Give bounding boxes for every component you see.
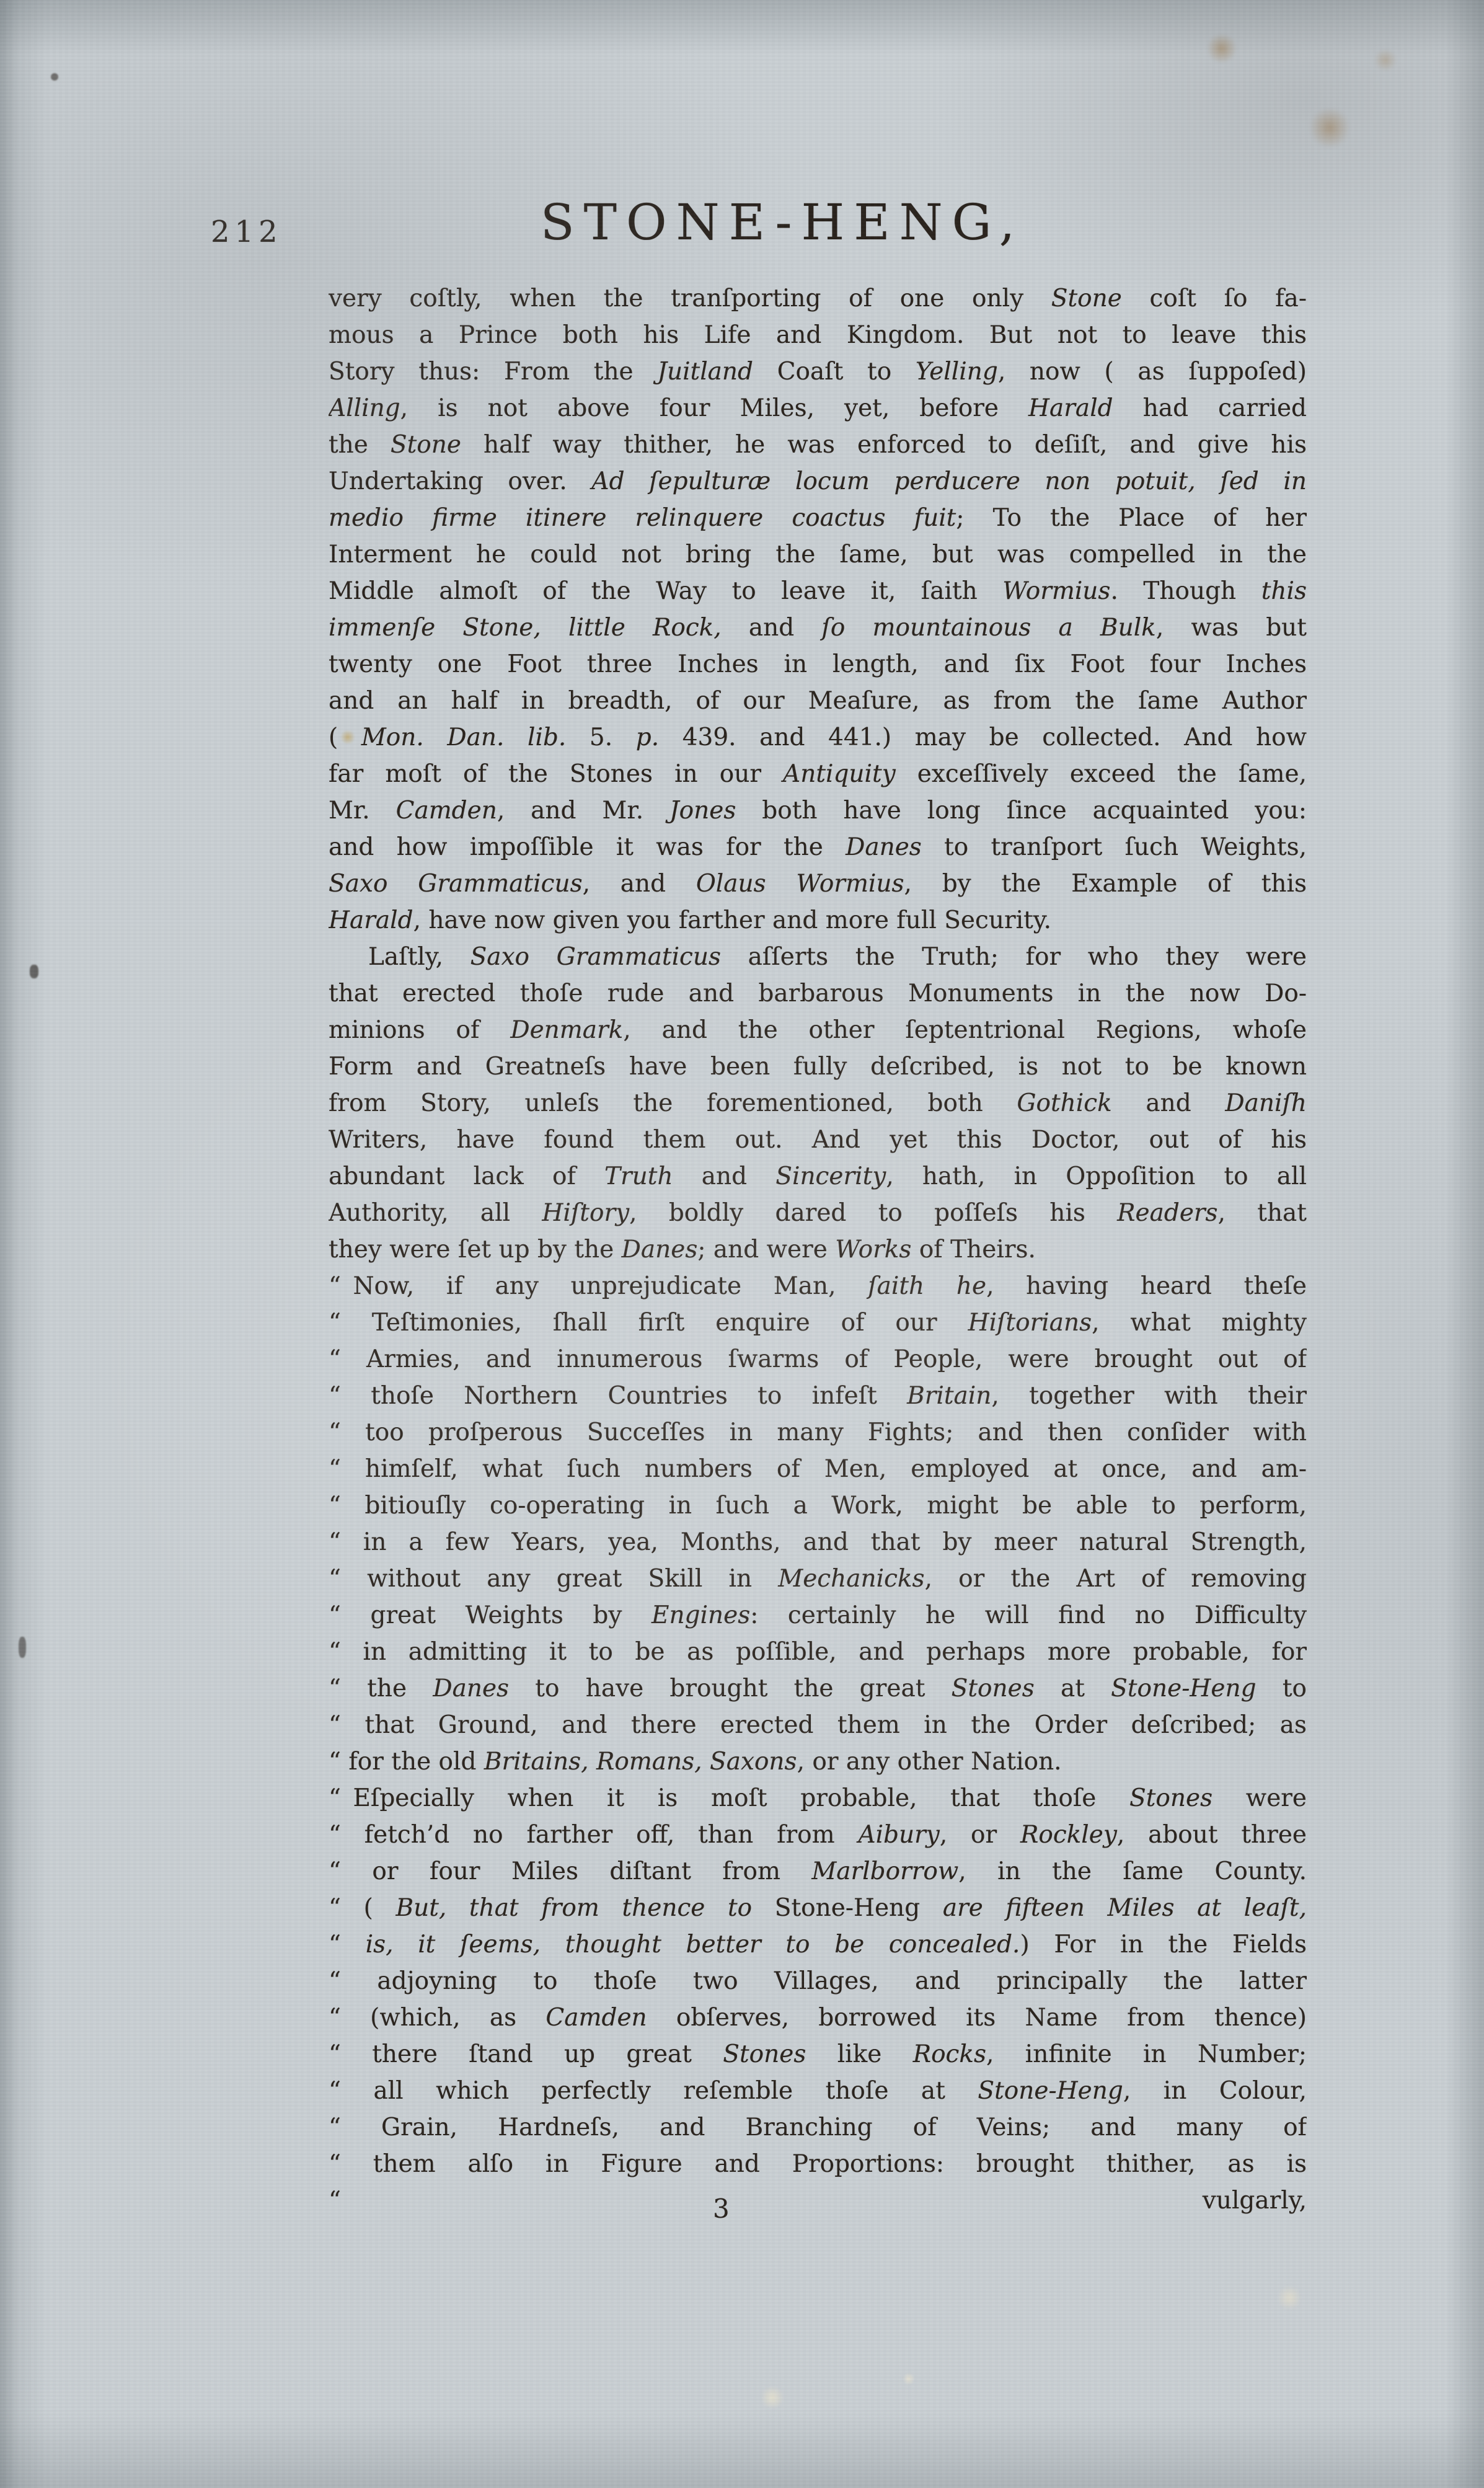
text-line: “ adjoyning to thoſe two Villages, and p… bbox=[329, 1963, 1307, 1999]
text-line: Mr. Camden, and Mr. Jones both have long… bbox=[329, 792, 1307, 829]
text-line: “ or four Miles diſtant from Marlborrow,… bbox=[329, 1853, 1307, 1890]
text-line: that erected thoſe rude and barbarous Mo… bbox=[329, 975, 1307, 1012]
text-line: “ thoſe Northern Countries to infeſt Bri… bbox=[329, 1378, 1307, 1414]
text-line: Undertaking over. Ad ſepulturæ locum per… bbox=[329, 463, 1307, 500]
paragraph: “ Eſpecially when it is moſt probable, t… bbox=[329, 1780, 1307, 2182]
text-line: “ himſelf, what ſuch numbers of Men, emp… bbox=[329, 1451, 1307, 1487]
text-line: Form and Greatneſs have been fully deſcr… bbox=[329, 1048, 1307, 1085]
page-number: 212 bbox=[211, 215, 283, 249]
text-line: “ Now, if any unprejudicate Man, ſaith h… bbox=[329, 1268, 1307, 1304]
text-line: “ ( But, that from thence to Stone-Heng … bbox=[329, 1890, 1307, 1926]
text-line: “ (which, as Camden obſerves, borrowed i… bbox=[329, 1999, 1307, 2036]
book-page: 212 STONE-HENG, very coſtly, when the tr… bbox=[0, 0, 1484, 2488]
text-line: “ Grain, Hardneſs, and Branching of Vein… bbox=[329, 2109, 1307, 2146]
paper-spot bbox=[759, 2387, 785, 2408]
text-line: from Story, unleſs the forementioned, bo… bbox=[329, 1085, 1307, 1122]
ink-speck bbox=[30, 965, 38, 978]
text-line: Laſtly, Saxo Grammaticus aſſerts the Tru… bbox=[329, 939, 1307, 975]
text-line: ( Mon. Dan. lib. 5. p. 439. and 441.) ma… bbox=[329, 719, 1307, 756]
text-line: “ there ſtand up great Stones like Rocks… bbox=[329, 2036, 1307, 2073]
text-line: “ them alſo in Figure and Proportions: b… bbox=[329, 2146, 1307, 2182]
text-line: Harald, have now given you farther and m… bbox=[329, 902, 1307, 939]
text-line: “ is, it ſeems, thought better to be con… bbox=[329, 1926, 1307, 1963]
text-line: “ for the old Britains, Romans, Saxons, … bbox=[329, 1743, 1307, 1780]
foxing-stain bbox=[1373, 50, 1398, 71]
text-line: twenty one Foot three Inches in length, … bbox=[329, 646, 1307, 683]
text-line: “ Teſtimonies, ſhall firſt enquire of ou… bbox=[329, 1304, 1307, 1341]
text-line: Story thus: From the Juitland Coaſt to Y… bbox=[329, 353, 1307, 390]
text-line: abundant lack of Truth and Sincerity, ha… bbox=[329, 1158, 1307, 1195]
running-title: STONE-HENG, bbox=[541, 193, 1024, 251]
text-block: very coſtly, when the tranſporting of on… bbox=[329, 280, 1307, 2219]
text-line: Alling, is not above four Miles, yet, be… bbox=[329, 390, 1307, 427]
foxing-stain bbox=[1206, 34, 1238, 63]
text-line: “ Eſpecially when it is moſt probable, t… bbox=[329, 1780, 1307, 1817]
paper-spot bbox=[1276, 2287, 1303, 2309]
ink-speck bbox=[19, 1637, 26, 1658]
text-line: far moſt of the Stones in our Antiquity … bbox=[329, 756, 1307, 792]
text-line: “ great Weights by Engines: certainly he… bbox=[329, 1597, 1307, 1634]
text-line: immenſe Stone, little Rock, and ſo mount… bbox=[329, 609, 1307, 646]
text-line: “ in admitting it to be as poſſible, and… bbox=[329, 1634, 1307, 1670]
text-line: and an half in breadth, of our Meaſure, … bbox=[329, 683, 1307, 719]
text-line: very coſtly, when the tranſporting of on… bbox=[329, 280, 1307, 317]
paper-spot bbox=[902, 2373, 916, 2384]
text-line: they were ſet up by the Danes; and were … bbox=[329, 1231, 1307, 1268]
signature-mark: 3 bbox=[713, 2194, 730, 2224]
text-line: Interment he could not bring the ſame, b… bbox=[329, 536, 1307, 573]
text-line: “ fetch’d no farther off, than from Aibu… bbox=[329, 1817, 1307, 1853]
text-line: Writers, have found them out. And yet th… bbox=[329, 1122, 1307, 1158]
text-line: Authority, all Hiſtory, boldly dared to … bbox=[329, 1195, 1307, 1231]
text-line: “ all which perfectly reſemble thoſe at … bbox=[329, 2073, 1307, 2109]
text-line: medio firme itinere relinquere coactus f… bbox=[329, 500, 1307, 536]
text-line: “ Armies, and innumerous ſwarms of Peopl… bbox=[329, 1341, 1307, 1378]
paragraph: Laſtly, Saxo Grammaticus aſſerts the Tru… bbox=[329, 939, 1307, 1268]
catchword: “ vulgarly, bbox=[329, 2182, 1307, 2219]
text-line: the Stone half way thither, he was enfor… bbox=[329, 427, 1307, 463]
text-line: Saxo Grammaticus, and Olaus Wormius, by … bbox=[329, 865, 1307, 902]
ink-speck bbox=[51, 73, 58, 81]
text-line: and how impoſſible it was for the Danes … bbox=[329, 829, 1307, 865]
foxing-stain bbox=[1308, 108, 1351, 147]
text-line: minions of Denmark, and the other ſepten… bbox=[329, 1012, 1307, 1048]
text-line: “ the Danes to have brought the great St… bbox=[329, 1670, 1307, 1707]
text-line: Middle almoſt of the Way to leave it, ſa… bbox=[329, 573, 1307, 609]
paragraph: very coſtly, when the tranſporting of on… bbox=[329, 280, 1307, 939]
text-line: mous a Prince both his Life and Kingdom.… bbox=[329, 317, 1307, 353]
paragraph: “ Now, if any unprejudicate Man, ſaith h… bbox=[329, 1268, 1307, 1780]
text-line: “ too proſperous Succeſſes in many Fight… bbox=[329, 1414, 1307, 1451]
text-line: “ in a few Years, yea, Months, and that … bbox=[329, 1524, 1307, 1561]
text-line: “ that Ground, and there erected them in… bbox=[329, 1707, 1307, 1743]
text-line: “ without any great Skill in Mechanicks,… bbox=[329, 1561, 1307, 1597]
text-line: “ bitiouſly co-operating in ſuch a Work,… bbox=[329, 1487, 1307, 1524]
